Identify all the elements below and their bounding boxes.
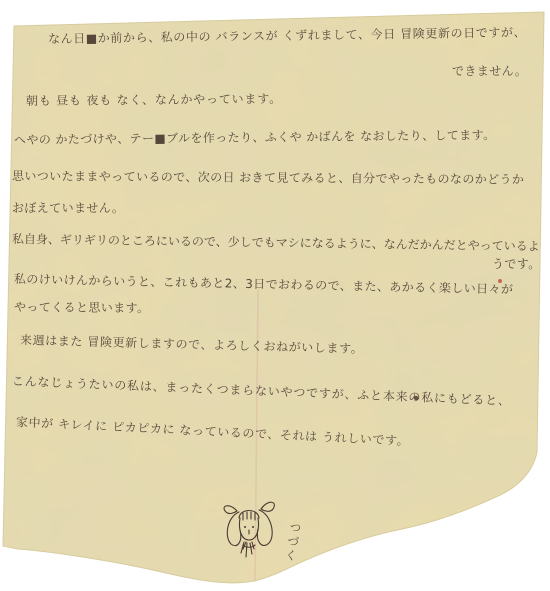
handwriting-layer: なん日■か前から、私の中の バランスが くずれまして、今日 冒険更新の日ですが、… [0, 0, 550, 591]
note-line-10: やってくると思います。 [14, 298, 150, 316]
note-line-12: こんなじょうたいの私は、まったくつまらないやつですが、ふと本来の私にもどると、 [12, 372, 511, 409]
note-line-3: 朝も 昼も 夜も なく、なんかやっています。 [26, 90, 282, 109]
note-line-7: 私自身、ギリギリのところにいるので、少しでもマシになるように、なんだかんだとやっ… [12, 230, 540, 254]
note-line-9: 私のけいけんからいうと、これもあと2、3日でおわるので、また、あかるく楽しい日々… [14, 270, 514, 297]
scanned-note-image: なん日■か前から、私の中の バランスが くずれまして、今日 冒険更新の日ですが、… [0, 0, 550, 591]
note-line-4: へやの かたづけや、テー■ブルを作ったり、ふくや かばんを なおしたり、してます… [14, 126, 496, 148]
note-line-1: なん日■か前から、私の中の バランスが くずれまして、今日 冒険更新の日ですが、 [48, 23, 526, 47]
note-line-6: おぼえていません。 [12, 199, 124, 216]
note-line-11: 来週はまた 冒険更新しますので、よろしくおねがいします。 [20, 331, 364, 357]
note-line-2: できません。 [452, 62, 527, 79]
signature-tsuzuku: つづく [281, 520, 304, 564]
note-line-5: 思いついたままやっているので、次の日 おきて見てみると、自分でやったものなのかど… [12, 167, 524, 188]
note-line-8: うです。 [492, 255, 541, 272]
note-line-13: 家中が キレイに ピカピカに なっているので、それは うれしいです。 [16, 413, 410, 449]
